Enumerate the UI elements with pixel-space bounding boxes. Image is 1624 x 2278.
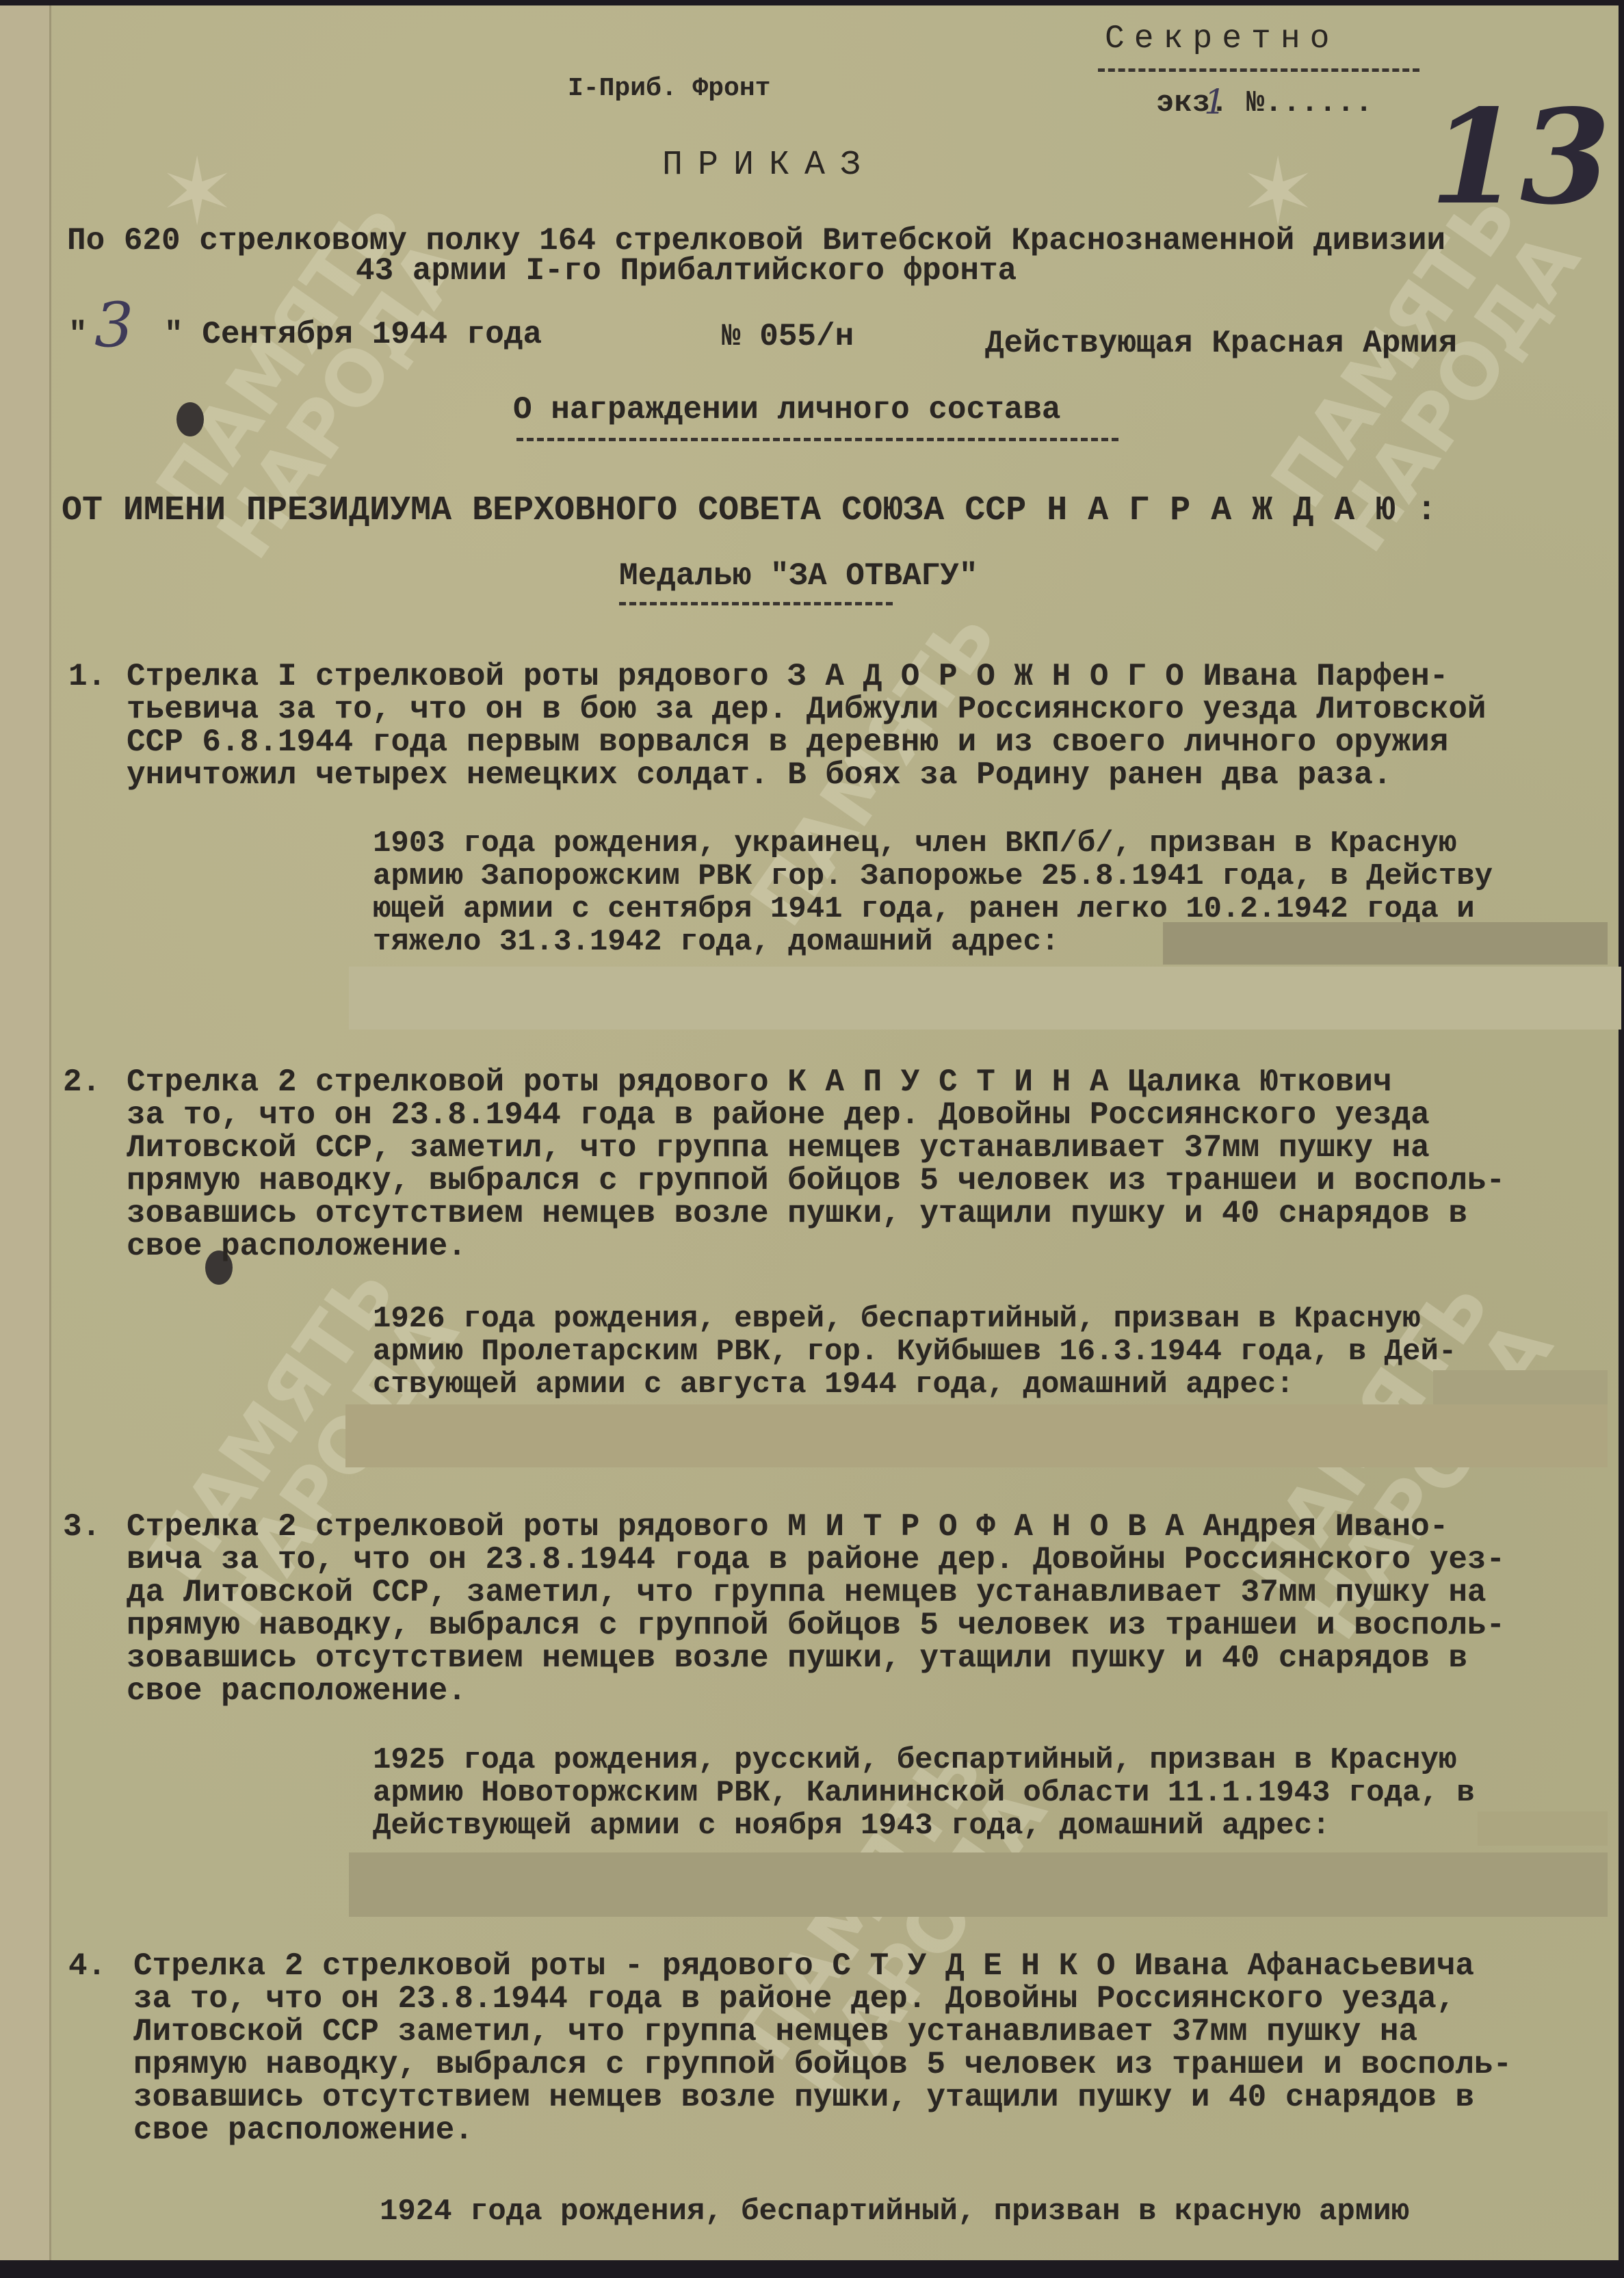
entry-line: Стрелка 2 стрелковой роты рядового К А П…	[127, 1064, 1392, 1100]
entry-line: свое расположение.	[127, 1229, 467, 1264]
redacted-address	[349, 1852, 1608, 1917]
entry-line: прямую наводку, выбрался с группой бойцо…	[127, 1163, 1505, 1199]
bio-line: ствующей армии с августа 1944 года, дома…	[373, 1367, 1294, 1402]
redacted-address	[345, 1404, 1608, 1467]
document-title: ПРИКАЗ	[662, 146, 876, 185]
date-day-handwritten: 3	[94, 289, 133, 361]
redacted-address	[1478, 1811, 1608, 1846]
preamble: ОТ ИМЕНИ ПРЕЗИДИУМА ВЕРХОВНОГО СОВЕТА СО…	[62, 491, 1437, 530]
entry-line: свое расположение.	[133, 2112, 473, 2148]
entry-line: за то, что он 23.8.1944 года в районе де…	[127, 1097, 1430, 1133]
entry-line: да Литовской ССР, заметил, что группа не…	[127, 1575, 1487, 1610]
entry-line: тьевича за то, что он в бою за дер. Дибж…	[127, 692, 1487, 727]
entry-line: Стрелка I стрелковой роты рядового З А Д…	[127, 659, 1448, 694]
copy-number-handwritten: 1	[1204, 82, 1226, 122]
classification-underline	[1098, 68, 1419, 72]
subtitle-line-2: 43 армии I-го Прибалтийского фронта	[356, 253, 1017, 289]
bio-line: 1903 года рождения, украинец, член ВКП/б…	[373, 826, 1456, 861]
award-underline	[619, 602, 893, 605]
entry-line: за то, что он 23.8.1944 года в районе де…	[133, 1981, 1455, 2017]
redacted-address	[1163, 922, 1608, 965]
award-name: Медалью "ЗА ОТВАГУ"	[619, 558, 978, 594]
bio-line: 1924 года рождения, беспартийный, призва…	[380, 2195, 1409, 2229]
bio-line: Действующей армии с ноября 1943 года, до…	[373, 1809, 1330, 1843]
entry-number: 1.	[68, 659, 106, 694]
redacted-address	[1433, 1370, 1608, 1404]
sheet-number-handwritten: 13	[1430, 81, 1610, 233]
entry-line: свое расположение.	[127, 1673, 467, 1709]
order-number: № 055/н	[722, 319, 854, 354]
entry-line: вича за то, что он 23.8.1944 года в райо…	[127, 1542, 1505, 1577]
entry-line: зовавшись отсутствием немцев возле пушки…	[133, 2080, 1474, 2115]
entry-line: зовавшись отсутствием немцев возле пушки…	[127, 1196, 1467, 1231]
date-text: " Сентября 1944 года	[164, 317, 542, 352]
entry-line: Стрелка 2 стрелковой роты рядового М И Т…	[127, 1509, 1448, 1545]
binding-margin	[0, 5, 51, 2260]
bio-line: 1925 года рождения, русский, беспартийны…	[373, 1743, 1456, 1777]
order-location: Действующая Красная Армия	[985, 326, 1457, 361]
punch-hole	[176, 402, 204, 436]
copy-number-label: экз. №......	[1156, 86, 1373, 120]
bio-line: армию Новоторжским РВК, Калининской обла…	[373, 1776, 1475, 1810]
entry-number: 3.	[63, 1509, 101, 1545]
entry-line: ССР 6.8.1944 года первым ворвался в дере…	[127, 724, 1448, 760]
topic-underline	[516, 438, 1118, 441]
entry-line: уничтожил четырех немецких солдат. В боя…	[127, 757, 1392, 793]
entry-line: Литовской ССР, заметил, что группа немце…	[127, 1130, 1430, 1166]
entry-line: зовавшись отсутствием немцев возле пушки…	[127, 1640, 1467, 1676]
redacted-address	[349, 967, 1621, 1030]
bio-line: 1926 года рождения, еврей, беспартийный,…	[373, 1302, 1420, 1336]
document-page: ✶ ✶ ПАМЯТЬ НАРОДА ПАМЯТЬ НАРОДА ПАМЯТЬ П…	[0, 5, 1619, 2260]
entry-number: 4.	[68, 1948, 106, 1984]
entry-line: Литовской ССР заметил, что группа немцев…	[133, 2014, 1417, 2050]
entry-line: прямую наводку, выбрался с группой бойцо…	[133, 2047, 1512, 2082]
classification-stamp: Секретно	[1105, 21, 1339, 57]
entry-line: прямую наводку, выбрался с группой бойцо…	[127, 1608, 1505, 1643]
bio-line: ющей армии с сентября 1941 года, ранен л…	[373, 892, 1475, 926]
order-topic: О награждении личного состава	[513, 392, 1061, 428]
bio-line: тяжело 31.3.1942 года, домашний адрес:	[373, 925, 1059, 959]
entry-number: 2.	[63, 1064, 101, 1100]
bio-line: армию Пролетарским РВК, гор. Куйбышев 16…	[373, 1335, 1456, 1369]
front-label: I-Приб. Фронт	[568, 74, 770, 103]
date-quote: "	[68, 317, 88, 352]
bio-line: армию Запорожским РВК гор. Запорожье 25.…	[373, 859, 1493, 893]
entry-line: Стрелка 2 стрелковой роты - рядового С Т…	[133, 1948, 1474, 1984]
